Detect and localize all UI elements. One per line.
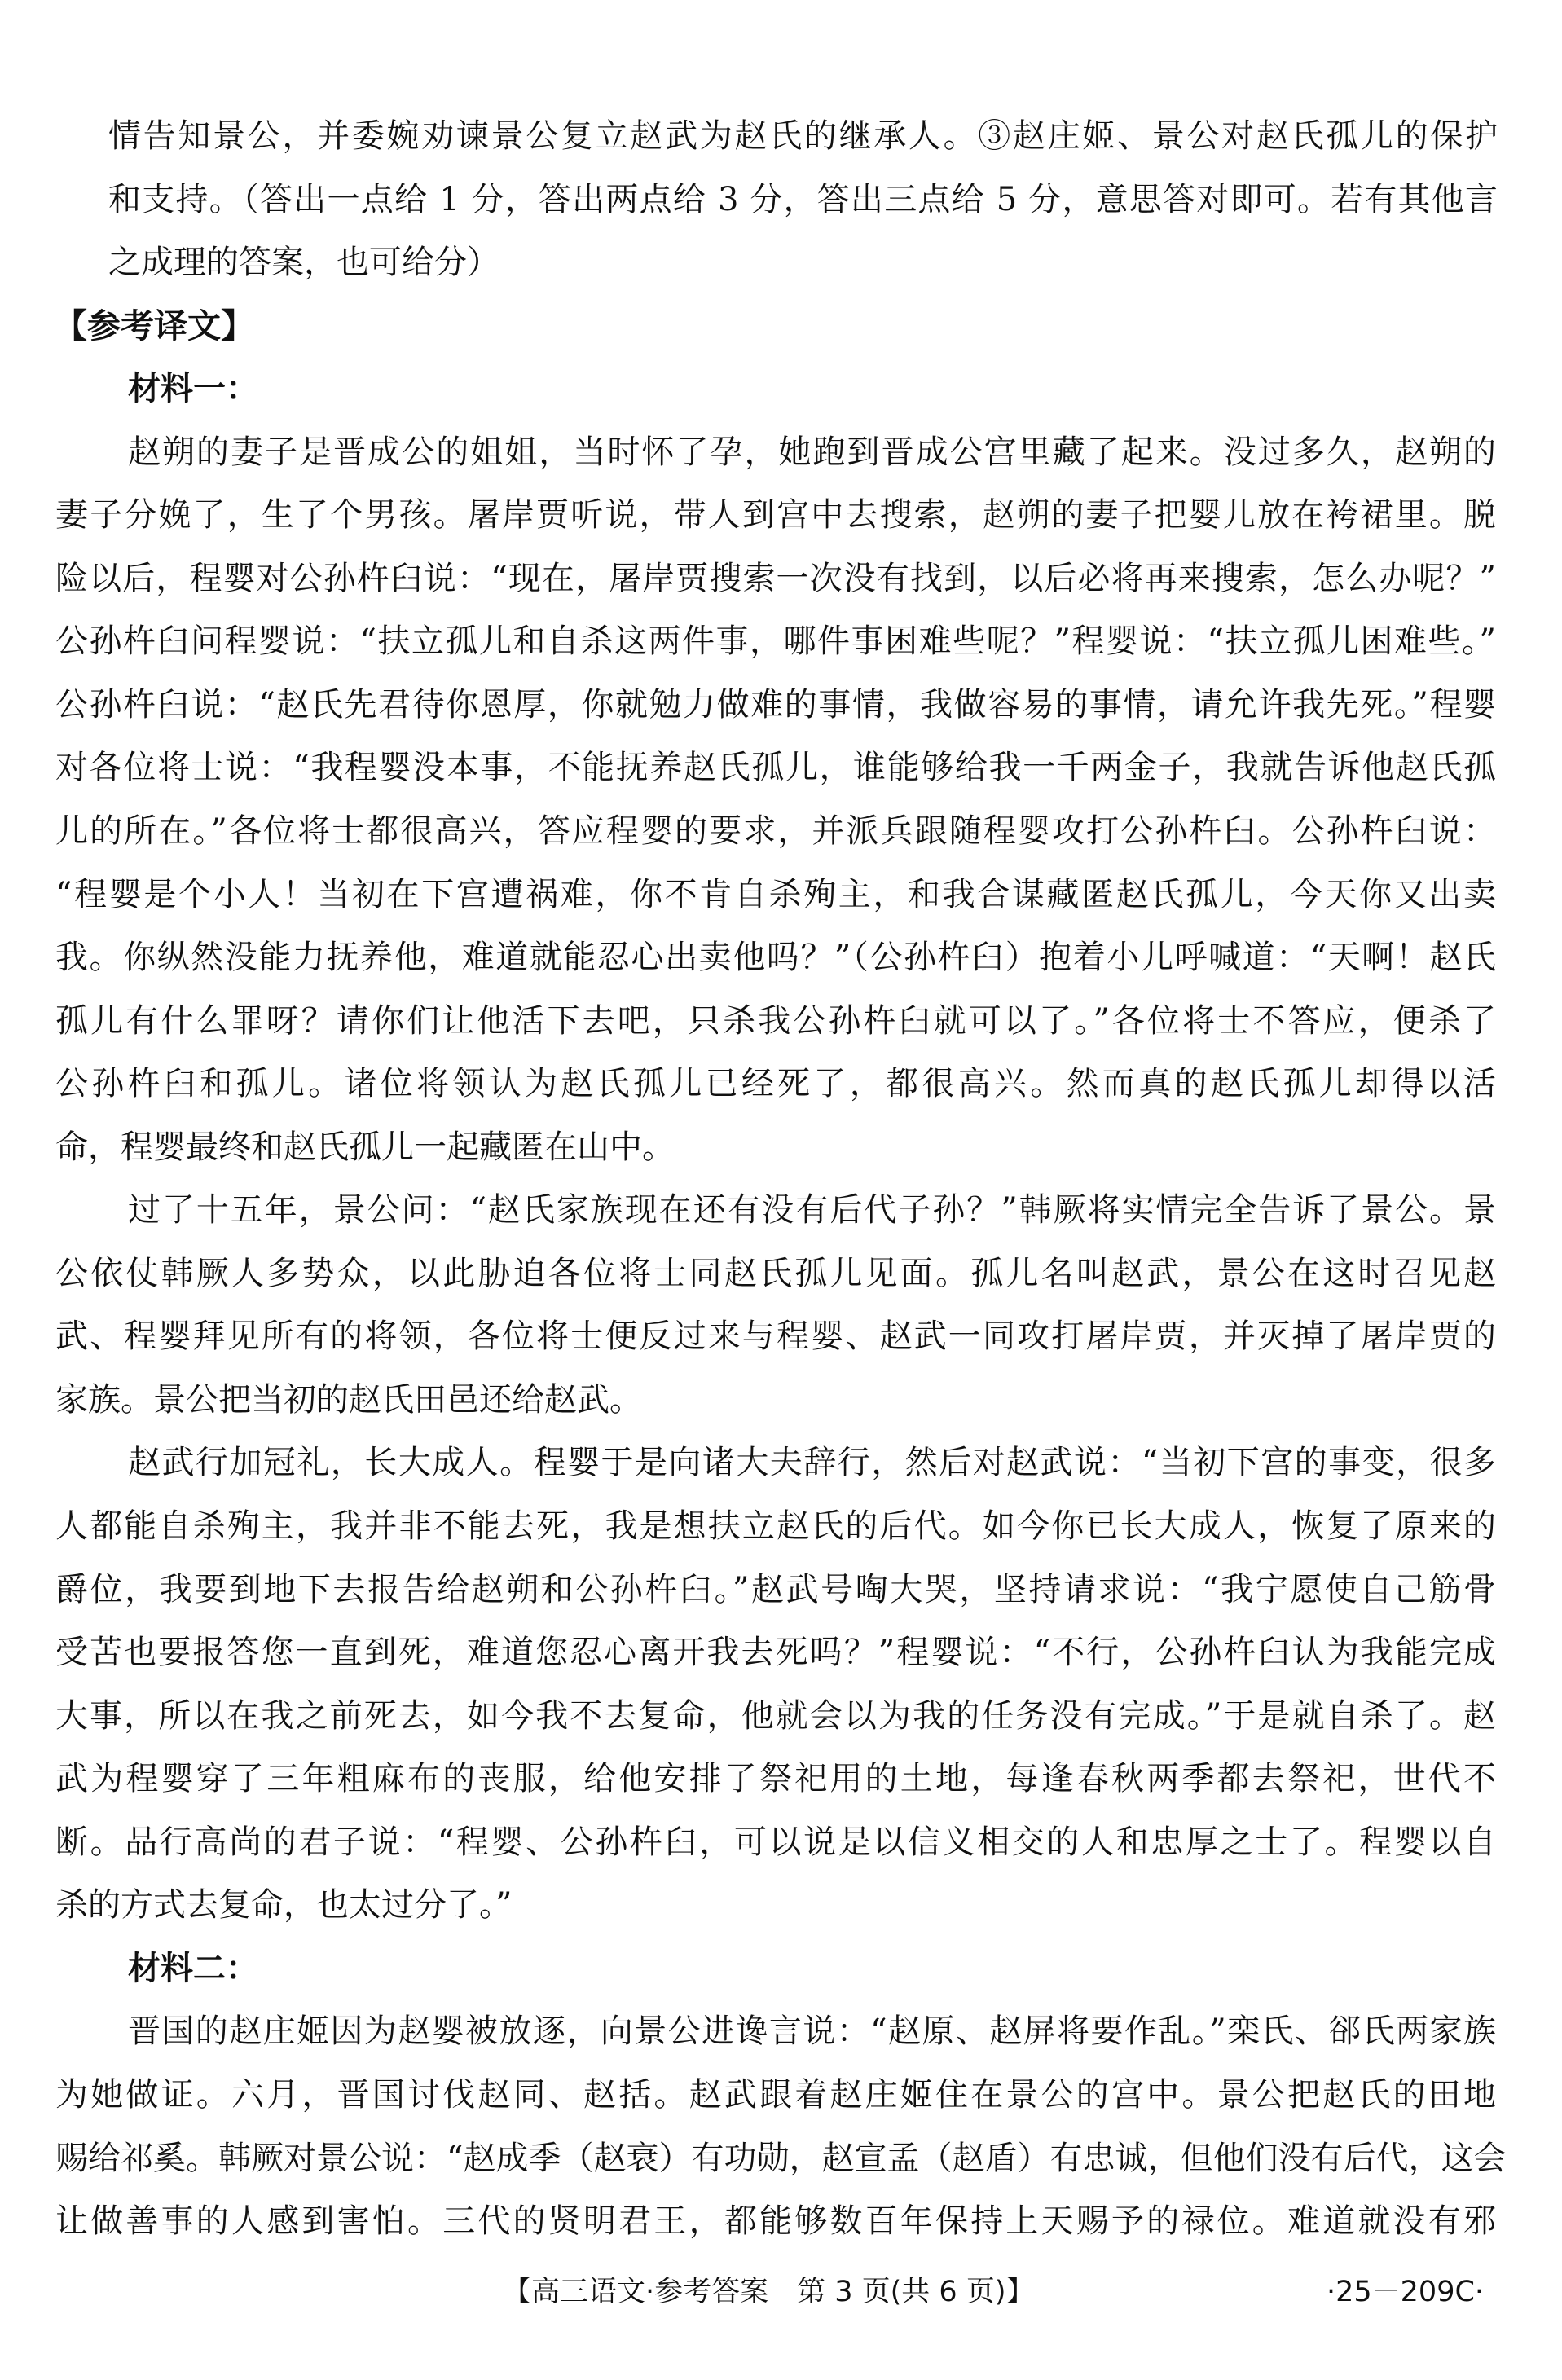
material-2: 材料二： 晋国的赵庄姬因为赵婴被放逐，向景公进谗言说：“赵原、赵屏将要作乱。”栾… — [0, 1938, 1562, 2254]
page-body: 情告知景公，并委婉劝谏景公复立赵武为赵氏的继承人。③赵庄姬、景公对赵氏孤儿的保护… — [0, 105, 1562, 2254]
text-line: 家族。景公把当初的赵氏田邑还给赵武。 — [55, 1369, 1496, 1432]
text-line: 和支持。（答出一点给 1 分，答出两点给 3 分，答出三点给 5 分，意思答对即… — [108, 169, 1498, 232]
text-line: 公孙杵臼和孤儿。诸位将领认为赵氏孤儿已经死了，都很高兴。然而真的赵氏孤儿却得以活 — [55, 1053, 1496, 1116]
text-line: 让做善事的人感到害怕。三代的贤明君王，都能够数百年保持上天赐予的禄位。难道就没有… — [55, 2190, 1496, 2254]
text-line: 妻子分娩了，生了个男孩。屠岸贾听说，带人到宫中去搜索，赵朔的妻子把婴儿放在袴裙里… — [55, 484, 1496, 548]
text-line: 过了十五年，景公问：“赵氏家族现在还有没有后代子孙？”韩厥将实情完全告诉了景公。… — [128, 1179, 1496, 1243]
text-line: 之成理的答案，也可给分） — [108, 231, 1498, 295]
text-line: 武、程婴拜见所有的将领，各位将士便反过来与程婴、赵武一同攻打屠岸贾，并灭掉了屠岸… — [55, 1305, 1496, 1369]
text-line: 杀的方式去复命，也太过分了。” — [55, 1874, 1496, 1938]
text-line: 赵武行加冠礼，长大成人。程婴于是向诸大夫辞行，然后对赵武说：“当初下宫的事变，很… — [128, 1432, 1496, 1495]
document-page: 情告知景公，并委婉劝谏景公复立赵武为赵氏的继承人。③赵庄姬、景公对赵氏孤儿的保护… — [0, 0, 1562, 2380]
text-line: 命，程婴最终和赵氏孤儿一起藏匿在山中。 — [55, 1116, 1496, 1180]
text-line: 情告知景公，并委婉劝谏景公复立赵武为赵氏的继承人。③赵庄姬、景公对赵氏孤儿的保护 — [108, 105, 1498, 169]
text-line: 儿的所在。”各位将士都很高兴，答应程婴的要求，并派兵跟随程婴攻打公孙杵臼。公孙杵… — [55, 800, 1496, 864]
material-title: 材料二： — [128, 1938, 1562, 2001]
text-line: “程婴是个小人！当初在下宫遭祸难，你不肯自杀殉主，和我合谋藏匿赵氏孤儿，今天你又… — [55, 864, 1496, 927]
text-line: 公孙杵臼问程婴说：“扶立孤儿和自杀这两件事，哪件事困难些呢？”程婴说：“扶立孤儿… — [55, 610, 1496, 674]
text-line: 险以后，程婴对公孙杵臼说：“现在，屠岸贾搜索一次没有找到，以后必将再来搜索，怎么… — [55, 548, 1496, 611]
paragraph: 赵朔的妻子是晋成公的姐姐，当时怀了孕，她跑到晋成公宫里藏了起来。没过多久，赵朔的… — [0, 421, 1562, 1180]
paragraph: 晋国的赵庄姬因为赵婴被放逐，向景公进谗言说：“赵原、赵屏将要作乱。”栾氏、郤氏两… — [0, 2000, 1562, 2253]
text-line: 公孙杵臼说：“赵氏先君待你恩厚，你就勉力做难的事情，我做容易的事情，请允许我先死… — [55, 674, 1496, 737]
text-line: 受苦也要报答您一直到死，难道您忍心离开我去死吗？”程婴说：“不行，公孙杵臼认为我… — [55, 1621, 1496, 1685]
text-line: 赵朔的妻子是晋成公的姐姐，当时怀了孕，她跑到晋成公宫里藏了起来。没过多久，赵朔的 — [128, 421, 1496, 485]
answer-continuation: 情告知景公，并委婉劝谏景公复立赵武为赵氏的继承人。③赵庄姬、景公对赵氏孤儿的保护… — [0, 105, 1562, 295]
text-line: 断。品行高尚的君子说：“程婴、公孙杵臼，可以说是以信义相交的人和忠厚之士了。程婴… — [55, 1811, 1496, 1875]
text-line: 人都能自杀殉主，我并非不能去死，我是想扶立赵氏的后代。如今你已长大成人，恢复了原… — [55, 1495, 1496, 1559]
paragraph: 赵武行加冠礼，长大成人。程婴于是向诸大夫辞行，然后对赵武说：“当初下宫的事变，很… — [0, 1432, 1562, 1937]
material-title: 材料一： — [128, 358, 1562, 421]
text-line: 为她做证。六月，晋国讨伐赵同、赵括。赵武跟着赵庄姬住在景公的宫中。景公把赵氏的田… — [55, 2064, 1496, 2127]
text-line: 孤儿有什么罪呀？请你们让他活下去吧，只杀我公孙杵臼就可以了。”各位将士不答应，便… — [55, 990, 1496, 1054]
footer-exam-code: ·25－209C· — [1327, 2272, 1484, 2312]
material-1: 材料一： 赵朔的妻子是晋成公的姐姐，当时怀了孕，她跑到晋成公宫里藏了起来。没过多… — [0, 358, 1562, 1938]
text-line: 爵位，我要到地下去报告给赵朔和公孙杵臼。”赵武号啕大哭，坚持请求说：“我宁愿使自… — [55, 1559, 1496, 1622]
text-line: 对各位将士说：“我程婴没本事，不能抚养赵氏孤儿，谁能够给我一千两金子，我就告诉他… — [55, 737, 1496, 800]
text-line: 武为程婴穿了三年粗麻布的丧服，给他安排了祭祀用的土地，每逢春秋两季都去祭祀，世代… — [55, 1748, 1496, 1811]
paragraph: 过了十五年，景公问：“赵氏家族现在还有没有后代子孙？”韩厥将实情完全告诉了景公。… — [0, 1179, 1562, 1432]
text-line: 大事，所以在我之前死去，如今我不去复命，他就会以为我的任务没有完成。”于是就自杀… — [55, 1685, 1496, 1749]
text-line: 我。你纵然没能力抚养他，难道就能忍心出卖他吗？”（公孙杵臼）抱着小儿呼喊道：“天… — [55, 926, 1496, 990]
text-line: 赐给祁奚。韩厥对景公说：“赵成季（赵衰）有功勋，赵宣孟（赵盾）有忠诚，但他们没有… — [55, 2127, 1496, 2191]
section-heading: 【参考译文】 — [54, 295, 1562, 359]
text-line: 晋国的赵庄姬因为赵婴被放逐，向景公进谗言说：“赵原、赵屏将要作乱。”栾氏、郤氏两… — [128, 2000, 1496, 2064]
text-line: 公依仗韩厥人多势众，以此胁迫各位将士同赵氏孤儿见面。孤儿名叫赵武，景公在这时召见… — [55, 1243, 1496, 1306]
footer-page-label: 【高三语文·参考答案 第 3 页(共 6 页)】 — [503, 2272, 1034, 2312]
